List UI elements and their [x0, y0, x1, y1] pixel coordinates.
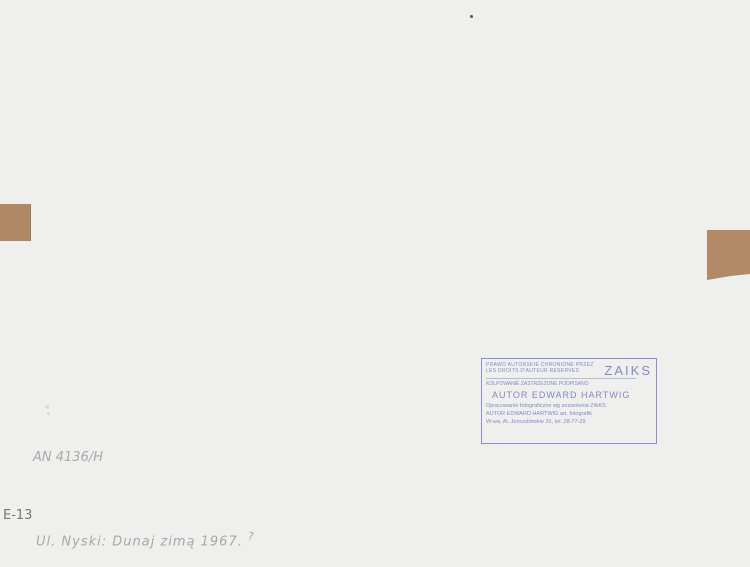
ink-dot	[470, 15, 473, 18]
stamp-line-7: W-wa, Al. Jerozolimskie 31, tel. 28-77-2…	[486, 418, 652, 426]
stamp-agency: ZAIKS	[604, 363, 652, 378]
stamp-divider	[486, 378, 636, 379]
caption-question-mark: ?	[248, 530, 255, 543]
stamp-line-5: Opracowanie fotograficzne wg zezwolenia …	[486, 402, 652, 410]
photo-back: PRAWO AUTORSKIE CHRONIONE PRZEZ LES DROI…	[0, 0, 750, 567]
tape-strip-right	[707, 230, 750, 280]
tape-strip-left	[0, 204, 31, 241]
stamp-line-3: KOLPOWANIE ZASTRZEŻONE PODPISANO	[486, 381, 652, 387]
inventory-number: AN 4136/H	[33, 450, 103, 465]
caption-text: Ul. Nyski: Dunaj zimą 1967.	[36, 534, 243, 549]
stamp-author: AUTOR EDWARD HARTWIG	[492, 390, 652, 400]
handwritten-caption: Ul. Nyski: Dunaj zimą 1967. ?	[36, 530, 255, 549]
catalog-code: E-13	[3, 508, 32, 523]
foxing-spot	[47, 412, 50, 415]
stamp-line-6: AUTOR EDWARD HARTWIG art. fotografik	[486, 410, 652, 418]
copyright-stamp: PRAWO AUTORSKIE CHRONIONE PRZEZ LES DROI…	[481, 358, 657, 444]
foxing-spot	[45, 405, 49, 409]
